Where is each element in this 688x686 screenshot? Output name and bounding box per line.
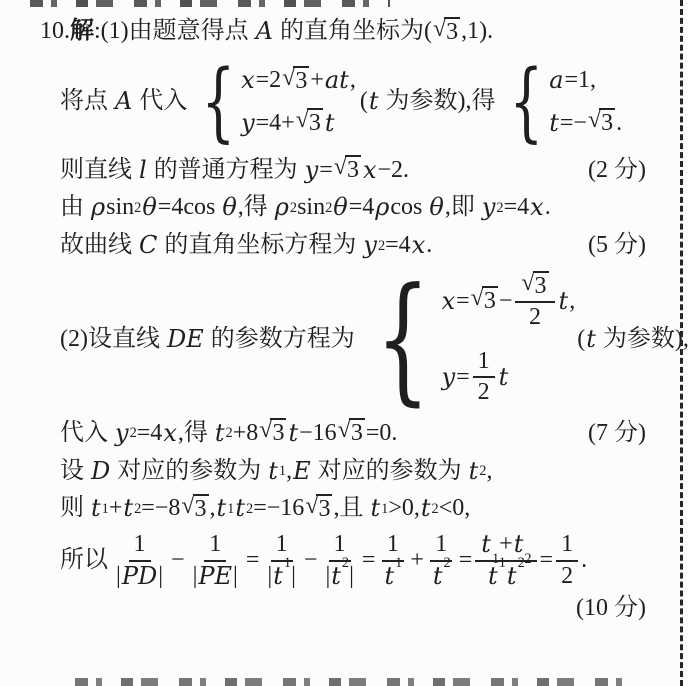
radical-sign: √ <box>433 16 446 44</box>
math-variable: θ <box>428 192 444 223</box>
math-variable: PE <box>197 563 233 591</box>
math-text: = <box>319 155 333 186</box>
line-body: 设 D 对应的参数为 t1,E 对应的参数为 t2, <box>60 456 493 487</box>
solution-content: 10.解:(1)由题意得点 A 的直角坐标为(√3,1).将点 A 代入{x=2… <box>40 16 646 624</box>
math-text: =4 <box>385 230 411 261</box>
radical-sign: √ <box>338 417 351 445</box>
score-label: (2 分) <box>576 155 646 186</box>
radical: √3 <box>296 108 323 138</box>
math-text: =4+ <box>256 108 295 139</box>
scanned-solution-page: 10.解:(1)由题意得点 A 的直角坐标为(√3,1).将点 A 代入{x=2… <box>0 0 688 686</box>
brace-system-row: y=4+√3t <box>240 108 335 139</box>
radicand: 3 <box>270 418 286 448</box>
math-variable: x <box>162 418 178 449</box>
previous-line-cutoff-strip <box>30 0 390 7</box>
math-variable: t <box>369 493 381 524</box>
math-text: 则直线 <box>60 155 138 186</box>
math-variable: y <box>481 192 497 223</box>
math-text: 1 <box>561 531 573 559</box>
math-variable: t <box>480 531 492 559</box>
math-text: . <box>581 545 587 576</box>
radicand: 3 <box>316 494 332 524</box>
radicand: 3 <box>293 66 309 96</box>
numerator: t1+t2 <box>475 531 536 562</box>
radical: √3 <box>521 271 548 301</box>
math-variable: t <box>498 362 510 393</box>
math-text: =− <box>560 108 587 139</box>
math-variable: ρ <box>274 192 290 223</box>
math-variable: t <box>558 286 570 317</box>
math-text: . <box>426 230 432 261</box>
math-variable: x <box>362 155 378 186</box>
math-variable: x <box>240 65 256 96</box>
radicand: 3 <box>482 286 498 316</box>
math-text: 1 <box>209 531 221 559</box>
math-text: + <box>109 493 123 524</box>
denominator: |PE| <box>188 562 243 591</box>
math-variable: ρ <box>374 192 390 223</box>
fraction: 1|PD| <box>111 531 168 590</box>
score-label: (5 分) <box>576 230 646 261</box>
math-variable: y <box>114 418 130 449</box>
math-text: 所以 <box>60 545 108 576</box>
radicand: 3 <box>533 271 549 301</box>
line-body: 将点 A 代入{x=2√3+at,y=4+√3t(t 为参数),得{a=1,t=… <box>60 59 626 145</box>
radical-sign: √ <box>305 493 318 521</box>
math-text: =0. <box>366 418 398 449</box>
line-body: 则直线 l 的普通方程为 y=√3x−2. <box>60 155 409 186</box>
solution-line-3-ordinary-equation: 则直线 l 的普通方程为 y=√3x−2.(2 分) <box>40 155 646 186</box>
math-variable: DE <box>166 324 205 355</box>
denominator: t1 <box>378 562 407 591</box>
math-text: + <box>310 65 324 96</box>
math-text: ( <box>360 86 368 117</box>
math-text: =−8 <box>141 493 180 524</box>
math-text: +8 <box>233 418 259 449</box>
math-text: , <box>569 286 575 317</box>
line-body: 所以1|PD|−1|PE|=1|t1|−1|t2|=1t1+1t2=t1+t2t… <box>60 531 587 590</box>
math-text: (2)设直线 <box>60 324 166 355</box>
math-variable: PD <box>121 563 158 591</box>
math-text: >0, <box>388 493 420 524</box>
math-text: 的直角坐标方程为 <box>158 230 362 261</box>
score-label: (7 分) <box>576 418 646 449</box>
math-text: =4 <box>504 192 530 223</box>
math-text: ,1). <box>461 16 493 47</box>
math-text: = <box>362 545 376 576</box>
math-text: 为参数), <box>597 324 688 355</box>
math-text: =−16 <box>253 493 304 524</box>
bold-text: 解 <box>70 16 94 47</box>
math-variable: t <box>287 418 299 449</box>
math-text: = <box>456 362 470 393</box>
solution-line-4-polar-to-rect: 由 ρsin2θ=4cos θ,得 ρ2sin2θ=4ρcos θ,即 y2=4… <box>40 192 646 223</box>
line-body: 10.解:(1)由题意得点 A 的直角坐标为(√3,1). <box>40 16 493 47</box>
denominator: |t2| <box>320 562 358 591</box>
radical: √3 <box>282 66 309 96</box>
math-variable: a <box>548 65 564 96</box>
radical-sign: √ <box>296 107 309 135</box>
math-text: 1 <box>478 348 490 376</box>
denominator: t2 <box>427 562 456 591</box>
math-text: 故曲线 <box>60 230 138 261</box>
radical-sign: √ <box>588 107 601 135</box>
fraction: √32 <box>515 271 554 332</box>
solution-line-10-final-computation: 所以1|PD|−1|PE|=1|t1|−1|t2|=1t1+1t2=t1+t2t… <box>40 531 646 590</box>
math-text: | <box>291 563 296 591</box>
numerator: √3 <box>515 271 554 304</box>
math-variable: x <box>529 192 545 223</box>
radical: √3 <box>471 286 498 316</box>
math-variable: t <box>214 418 226 449</box>
math-text: 代入 <box>60 418 114 449</box>
numerator: 1 <box>556 531 578 562</box>
math-variable: t <box>90 493 102 524</box>
radicand: 3 <box>193 494 209 524</box>
brace-system-rows: a=1,t=−√3. <box>548 65 622 138</box>
solution-line-8-parameters-D-E: 设 D 对应的参数为 t1,E 对应的参数为 t2, <box>40 456 646 487</box>
math-variable: t <box>548 108 560 139</box>
math-variable: A <box>255 16 274 47</box>
math-text: 2 <box>561 563 573 591</box>
math-text: ( <box>577 324 585 355</box>
radicand: 3 <box>345 155 361 185</box>
solution-line-11-final-score: (10 分) <box>40 593 646 624</box>
math-text: 1 <box>134 531 146 559</box>
math-variable: at <box>324 65 350 96</box>
math-variable: t <box>368 86 380 117</box>
math-text: sin <box>106 192 134 223</box>
math-variable: t <box>506 563 518 591</box>
fraction: 1t2 <box>427 531 456 590</box>
solution-line-7-substitute-quadratic: 代入 y2=4x,得 t2+8√3t−16√3=0.(7 分) <box>40 418 646 449</box>
radicand: 3 <box>599 108 615 138</box>
math-variable: y <box>441 362 457 393</box>
page-edge-dashed-line <box>680 0 683 686</box>
math-text: 的直角坐标为( <box>274 16 432 47</box>
math-variable: t <box>585 324 597 355</box>
solution-line-9-vieta: 则 t1+t2=−8√3,t1t2=−16√3,且 t1>0,t2<0, <box>40 493 646 524</box>
math-text: , <box>487 456 493 487</box>
brace-system: {x=2√3+at,y=4+√3t <box>191 59 355 145</box>
line-body: 由 ρsin2θ=4cos θ,得 ρ2sin2θ=4ρcos θ,即 y2=4… <box>60 192 551 223</box>
brace-system-rows: x=√3−√32t,y=12t <box>441 271 576 407</box>
left-brace-icon: { <box>375 270 429 408</box>
math-variable: θ <box>332 192 348 223</box>
brace-system-row: y=12t <box>441 348 510 407</box>
math-text: =4 <box>137 418 163 449</box>
brace-system: {a=1,t=−√3. <box>499 59 622 145</box>
math-text: . <box>616 108 622 139</box>
math-variable: θ <box>221 192 237 223</box>
math-variable: t <box>324 108 336 139</box>
math-text: 2 <box>529 304 541 332</box>
solution-line-2-substitute-A: 将点 A 代入{x=2√3+at,y=4+√3t(t 为参数),得{a=1,t=… <box>40 59 646 145</box>
math-text: cos <box>390 192 428 223</box>
math-text: | <box>349 563 354 591</box>
math-text: :(1)由题意得点 <box>94 16 255 47</box>
fraction: 1|t1| <box>262 531 300 590</box>
math-text: 对应的参数为 <box>111 456 267 487</box>
math-text: =2 <box>256 65 282 96</box>
radical: √3 <box>338 418 365 448</box>
brace-system-row: x=√3−√32t, <box>441 271 576 332</box>
math-text: ,且 <box>333 493 369 524</box>
math-text: −16 <box>299 418 337 449</box>
math-text: 的参数方程为 <box>205 324 355 355</box>
math-text: 10. <box>40 16 70 47</box>
math-text: =4 <box>349 192 375 223</box>
math-variable: x <box>411 230 427 261</box>
solution-line-6-DE-parametric: (2)设直线 DE 的参数方程为{x=√3−√32t,y=12t(t 为参数), <box>40 270 646 408</box>
radicand: 3 <box>444 17 460 47</box>
radical: √3 <box>305 494 332 524</box>
left-brace-icon: { <box>510 59 544 145</box>
brace-system-row: t=−√3. <box>548 108 622 139</box>
radical-sign: √ <box>521 270 534 298</box>
math-variable: t <box>383 563 395 591</box>
math-text: − <box>304 545 318 576</box>
line-body: 代入 y2=4x,得 t2+8√3t−16√3=0. <box>60 418 397 449</box>
math-variable: t <box>122 493 134 524</box>
math-variable: θ <box>141 192 157 223</box>
math-variable: y <box>304 155 320 186</box>
math-text: 2 <box>478 379 490 407</box>
left-brace-icon: { <box>202 59 236 145</box>
math-text: sin <box>297 192 325 223</box>
fraction: 12 <box>473 348 495 407</box>
math-variable: ρ <box>90 192 106 223</box>
math-text: − <box>499 286 513 317</box>
math-text: 代入 <box>133 86 187 117</box>
math-text: =1, <box>565 65 597 96</box>
line-body: 故曲线 C 的直角坐标方程为 y2=4x. <box>60 230 432 261</box>
fraction: 12 <box>556 531 578 590</box>
math-text: =4cos <box>158 192 222 223</box>
math-variable: x <box>441 286 457 317</box>
denominator: |t1| <box>262 562 300 591</box>
math-variable: t <box>216 493 228 524</box>
math-text: 为参数),得 <box>379 86 495 117</box>
math-variable: t <box>468 456 480 487</box>
solution-line-1-point-A: 10.解:(1)由题意得点 A 的直角坐标为(√3,1). <box>40 16 646 47</box>
numerator: 1 <box>204 531 226 562</box>
radical: √3 <box>181 494 208 524</box>
math-text: <0, <box>439 493 471 524</box>
math-text: = <box>246 545 260 576</box>
numerator: 1 <box>473 348 495 379</box>
math-variable: t <box>234 493 246 524</box>
math-variable: D <box>90 456 111 487</box>
math-text: 由 <box>60 192 90 223</box>
math-variable: t <box>432 563 444 591</box>
radical-sign: √ <box>259 417 272 445</box>
solution-line-5-curve-C: 故曲线 C 的直角坐标方程为 y2=4x.(5 分) <box>40 230 646 261</box>
math-text: − <box>171 545 185 576</box>
radical: √3 <box>259 418 286 448</box>
denominator: |PD| <box>111 562 168 591</box>
brace-system-rows: x=2√3+at,y=4+√3t <box>240 65 356 138</box>
math-variable: t <box>330 563 342 591</box>
math-variable: y <box>362 230 378 261</box>
brace-system-row: a=1, <box>548 65 596 96</box>
denominator: 2 <box>556 562 578 591</box>
radicand: 3 <box>349 418 365 448</box>
line-body: (2)设直线 DE 的参数方程为{x=√3−√32t,y=12t(t 为参数), <box>60 270 688 408</box>
fraction: 1t1 <box>378 531 407 590</box>
denominator: 2 <box>524 303 546 332</box>
radical-sign: √ <box>334 154 347 182</box>
brace-system-row: x=2√3+at, <box>240 65 356 96</box>
radical: √3 <box>433 17 460 47</box>
denominator: 2 <box>473 378 495 407</box>
math-variable: t <box>420 493 432 524</box>
math-text: | <box>233 563 238 591</box>
math-variable: t <box>267 456 279 487</box>
math-text: = <box>540 545 554 576</box>
math-variable: E <box>292 456 312 487</box>
math-text: , <box>350 65 356 96</box>
math-text: . <box>545 192 551 223</box>
radical: √3 <box>334 155 361 185</box>
fraction: t1+t2t1t2 <box>475 531 536 590</box>
math-variable: C <box>138 230 158 261</box>
radicand: 3 <box>307 108 323 138</box>
math-text: | <box>158 563 163 591</box>
math-variable: t <box>487 563 499 591</box>
math-text: ,得 <box>178 418 214 449</box>
score-label: (10 分) <box>564 593 646 624</box>
denominator: t1t2 <box>482 562 530 591</box>
math-text: = <box>456 286 470 317</box>
math-variable: l <box>138 155 148 186</box>
radical-sign: √ <box>282 65 295 93</box>
math-text: 则 <box>60 493 90 524</box>
math-variable: t <box>272 563 284 591</box>
math-variable: A <box>114 86 133 117</box>
math-text: 对应的参数为 <box>312 456 468 487</box>
math-text: ,得 <box>238 192 274 223</box>
math-text: −2. <box>378 155 410 186</box>
numerator: 1 <box>129 531 151 562</box>
radical-sign: √ <box>471 286 484 314</box>
fraction: 1|PE| <box>188 531 243 590</box>
math-variable: y <box>240 108 256 139</box>
radical-sign: √ <box>181 493 194 521</box>
math-text: 将点 <box>60 86 114 117</box>
math-text: 设 <box>60 456 90 487</box>
next-line-cutoff-strip <box>75 678 640 686</box>
fraction: 1|t2| <box>320 531 358 590</box>
math-text: ,即 <box>445 192 481 223</box>
radical: √3 <box>588 108 615 138</box>
brace-system: {x=√3−√32t,y=12t <box>359 270 575 408</box>
math-text: 的普通方程为 <box>148 155 304 186</box>
math-text: + <box>410 545 424 576</box>
line-body: 则 t1+t2=−8√3,t1t2=−16√3,且 t1>0,t2<0, <box>60 493 470 524</box>
math-text: = <box>459 545 473 576</box>
